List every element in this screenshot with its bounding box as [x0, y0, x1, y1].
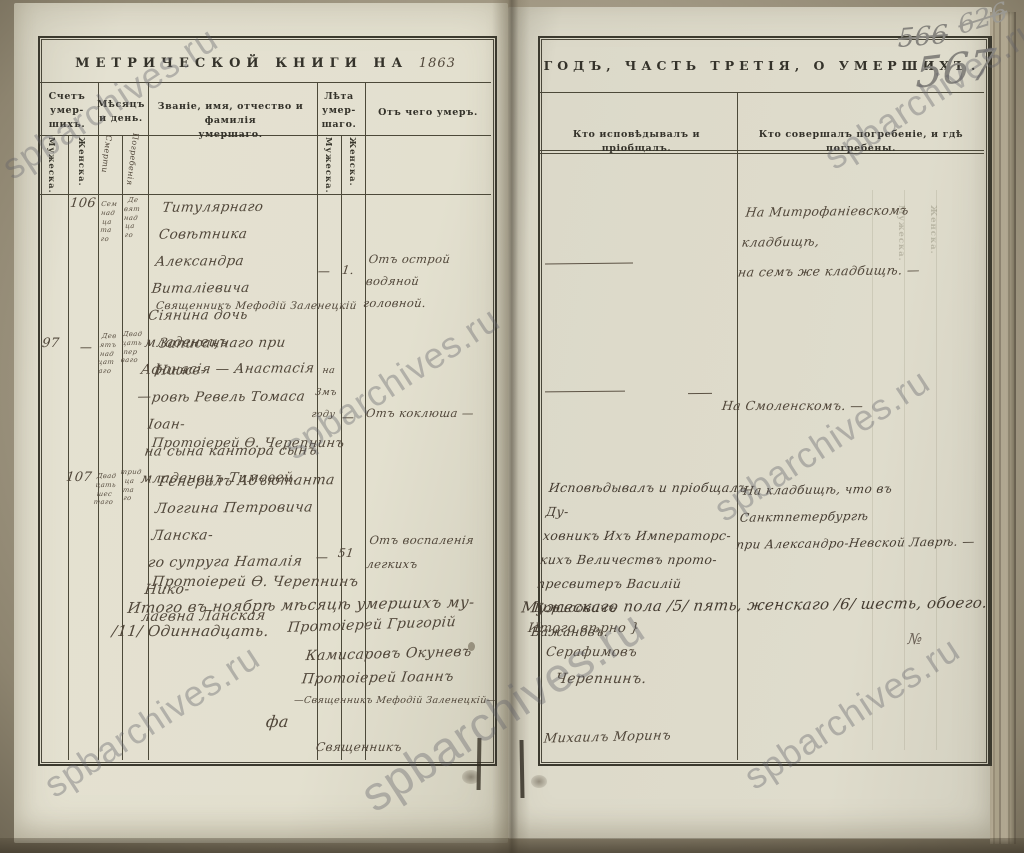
- priest-note: Протоіерей Ѳ. Черепнинъ: [151, 574, 359, 590]
- entry-number: 97: [41, 336, 60, 351]
- entry-number: 107: [65, 470, 93, 485]
- wax-seal-mark: [531, 775, 547, 788]
- age-female-value: 51: [337, 546, 355, 560]
- burial-place: На Митрофаніевскомъ кладбищѣ, на семъ же…: [736, 194, 988, 287]
- colhead-age-female: Женска.: [347, 137, 357, 187]
- book-bottom-shadow: [0, 838, 1024, 853]
- entry-number: 106: [69, 196, 97, 211]
- colhead-age-male: Мужеска.: [323, 137, 333, 194]
- flourish-mark: фа: [265, 712, 290, 731]
- paper-hole: [468, 642, 475, 651]
- colhead-name: Званіе, имя, отчество и фамилія умершаго…: [146, 100, 315, 141]
- wax-seal-mark: [462, 770, 480, 784]
- left-title-year: 1863: [419, 56, 456, 71]
- colhead-confessor: Кто исповѣдывалъ и пріобщалъ.: [545, 128, 728, 156]
- archival-scan: МЕТРИЧЕСКОЙ КНИГИ НА 1863 Счетъ умер- ши…: [0, 0, 1024, 853]
- entry-number-dash: —: [79, 340, 93, 354]
- age-male-value: —: [317, 264, 331, 278]
- colhead-cause: Отъ чего умеръ.: [363, 106, 493, 120]
- left-page-title: МЕТРИЧЕСКОЙ КНИГИ НА 1863: [38, 56, 493, 71]
- age-male-value: —: [315, 550, 329, 564]
- colhead-age: Лѣта умер- шаго.: [315, 90, 363, 131]
- grid-line: [68, 135, 69, 760]
- signature: Протоіерей Іоаннъ: [301, 669, 455, 688]
- grid-line: [737, 92, 738, 760]
- grid-line: [98, 82, 99, 760]
- age-female-value: 1.: [341, 263, 355, 277]
- page-stack-edge: [990, 12, 1016, 844]
- cause-of-death: Отъ воспаленія легкихъ: [365, 528, 496, 576]
- priest-note: Священникъ Мефодій Заленецкій: [155, 300, 357, 312]
